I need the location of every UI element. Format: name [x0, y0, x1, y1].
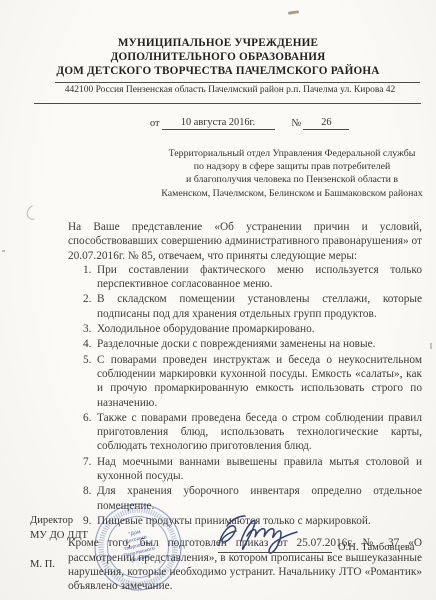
signer-title-line2: МУ ДО ДДТ	[30, 530, 88, 541]
signature-stroke-loop	[219, 526, 236, 545]
scan-artifact-right-edge	[430, 343, 432, 349]
signature-line	[218, 552, 332, 553]
list-item: 6.Также с поварами проведена беседа о ст…	[68, 411, 422, 454]
intro-paragraph: На Ваше представление «Об устранении при…	[68, 220, 422, 263]
measures-list: 1.При составлении фактического меню испо…	[68, 263, 422, 528]
signature-stroke-humps	[247, 529, 297, 553]
recipient-block: Территориальный отдел Управления Федерал…	[148, 147, 436, 200]
org-name-line2: ДОПОЛНИТЕЛЬНОГО ОБРАЗОВАНИЯ	[0, 50, 436, 64]
letterhead-rule-bottom	[34, 103, 421, 104]
org-address: 442100 Россия Пензенская область Пачелмс…	[34, 85, 426, 95]
number-field: 26	[303, 117, 349, 130]
signer-name: О.Н. Тамбовцева	[338, 542, 414, 553]
recipient-line: и благополучия человека по Пензенской об…	[148, 173, 436, 186]
recipient-line: Территориальный отдел Управления Федерал…	[148, 147, 436, 160]
signature-strokes	[219, 516, 297, 553]
signer-title-line1: Директор	[30, 515, 73, 526]
list-item: 1.При составлении фактического меню испо…	[68, 263, 422, 292]
org-name-line1: МУНИЦИПАЛЬНОЕ УЧРЕЖДЕНИЕ	[0, 36, 436, 50]
list-item: 4.Разделочные доски с повреждениями заме…	[68, 337, 422, 351]
list-item: 3.Холодильное оборудование промаркирован…	[68, 322, 422, 336]
official-stamp-seal: "Дом Детского творчества Пачелмского рай…	[93, 502, 183, 592]
list-item: 2.В складском помещении установлены стел…	[68, 292, 422, 321]
scan-artifact-pen-mark	[24, 203, 43, 222]
list-item: 5.С поварами проведен инструктаж и бесед…	[68, 353, 422, 410]
recipient-line: по надзору в сфере защиты прав потребите…	[148, 160, 436, 173]
org-name-line3: ДОМ ДЕТСКОГО ТВОРЧЕСТВА ПАЧЕЛМСКОГО РАЙО…	[0, 64, 436, 78]
date-field: 10 августа 2016г.	[162, 117, 275, 130]
scanned-letter-page: МУНИЦИПАЛЬНОЕ УЧРЕЖДЕНИЕ ДОПОЛНИТЕЛЬНОГО…	[0, 0, 436, 600]
recipient-line: Каменском, Пачелмском, Белинском и Башма…	[148, 187, 436, 200]
list-item: 7.Над моечными ваннами вывешены правила …	[68, 455, 422, 484]
from-label: от	[150, 118, 160, 130]
number-label: №	[292, 118, 302, 130]
scan-artifact-left-edge	[2, 250, 5, 252]
letterhead-rule-top	[55, 82, 420, 83]
stamp-center-text: "Дом Детского творчества Пачелмского рай…	[118, 527, 157, 566]
seal-placeholder-label: М. П.	[30, 559, 55, 570]
reference-line: от10 августа 2016г.№26	[150, 117, 349, 130]
scan-artifact-top	[288, 10, 299, 15]
handwritten-signature	[212, 514, 337, 556]
letterhead: МУНИЦИПАЛЬНОЕ УЧРЕЖДЕНИЕ ДОПОЛНИТЕЛЬНОГО…	[0, 36, 436, 78]
signature-stroke-accent	[227, 516, 245, 526]
